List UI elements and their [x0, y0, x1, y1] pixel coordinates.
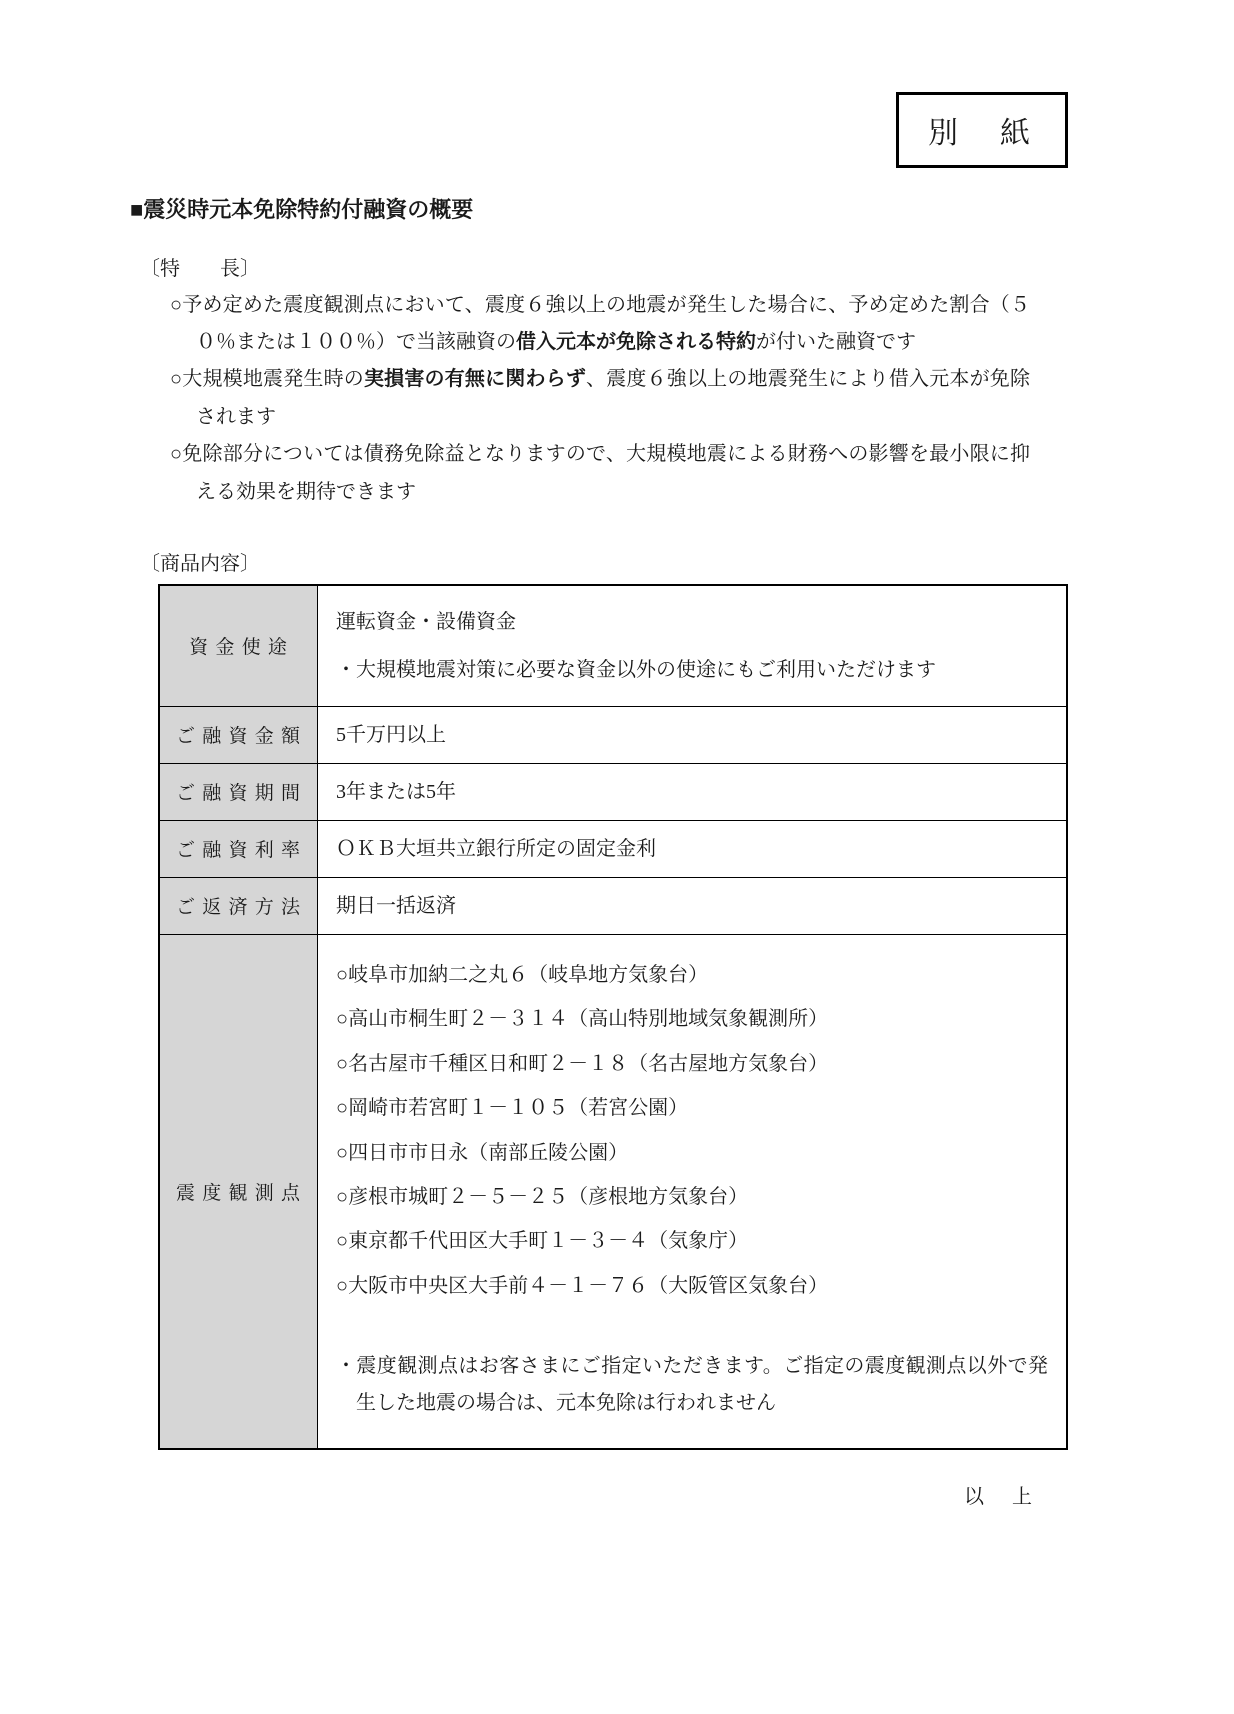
- row-value-fund-usage: 運転資金・設備資金 ・大規模地震対策に必要な資金以外の使途にもご利用いただけます: [318, 586, 1066, 706]
- closing-text: 以 上: [130, 1480, 1068, 1509]
- row-label-loan-term: ご 融 資 期 間: [160, 764, 318, 820]
- observation-point-4: ○岡崎市若宮町１－１０５（若宮公園）: [336, 1086, 1048, 1130]
- observation-point-3: ○名古屋市千種区日和町２－１８（名古屋地方気象台）: [336, 1042, 1048, 1086]
- table-row-observation-points: 震 度 観 測 点 ○岐阜市加納二之丸６（岐阜地方気象台） ○高山市桐生町２－３…: [160, 934, 1066, 1448]
- row-value-loan-amount: 5千万円以上: [318, 707, 1066, 763]
- table-row-fund-usage: 資 金 使 途 運転資金・設備資金 ・大規模地震対策に必要な資金以外の使途にもご…: [160, 586, 1066, 706]
- row-label-observation-points: 震 度 観 測 点: [160, 935, 318, 1448]
- feature-item-3: ○免除部分については債務免除益となりますので、大規模地震による財務への影響を最小…: [170, 436, 1030, 511]
- observation-point-6: ○彦根市城町２－５－２５（彦根地方気象台）: [336, 1175, 1048, 1219]
- row-label-fund-usage: 資 金 使 途: [160, 586, 318, 706]
- observation-point-1: ○岐阜市加納二之丸６（岐阜地方気象台）: [336, 953, 1048, 997]
- feature-3-text: ○免除部分については債務免除益となりますので、大規模地震による財務への影響を最小…: [170, 443, 1030, 502]
- table-row-interest-rate: ご 融 資 利 率 ＯＫＢ大垣共立銀行所定の固定金利: [160, 820, 1066, 877]
- document-page: 別 紙 ■震災時元本免除特約付融資の概要 〔特 長〕 ○予め定めた震度観測点にお…: [0, 0, 1234, 1714]
- loan-amount-value: 5千万円以上: [336, 720, 1048, 750]
- observation-points-note: ・震度観測点はお客さまにご指定いただきます。ご指定の震度観測点以外で発生した地震…: [336, 1348, 1048, 1422]
- observation-point-2: ○高山市桐生町２－３１４（高山特別地域気象観測所）: [336, 997, 1048, 1041]
- features-section: 〔特 長〕 ○予め定めた震度観測点において、震度６強以上の地震が発生した場合に、…: [130, 252, 1068, 511]
- table-row-loan-term: ご 融 資 期 間 3年または5年: [160, 763, 1066, 820]
- feature-item-1: ○予め定めた震度観測点において、震度６強以上の地震が発生した場合に、予め定めた割…: [170, 287, 1030, 362]
- observation-point-7: ○東京都千代田区大手町１－３－４（気象庁）: [336, 1219, 1048, 1263]
- interest-rate-value: ＯＫＢ大垣共立銀行所定の固定金利: [336, 834, 1048, 864]
- row-value-interest-rate: ＯＫＢ大垣共立銀行所定の固定金利: [318, 821, 1066, 877]
- loan-term-value: 3年または5年: [336, 777, 1048, 807]
- repayment-method-value: 期日一括返済: [336, 891, 1048, 921]
- row-value-repayment-method: 期日一括返済: [318, 878, 1066, 934]
- product-section: 〔商品内容〕 資 金 使 途 運転資金・設備資金 ・大規模地震対策に必要な資金以…: [130, 547, 1068, 1450]
- feature-2-bold-text: 実損害の有無に関わらず: [364, 368, 586, 390]
- feature-1-text-tail: が付いた融資です: [756, 331, 916, 353]
- attachment-row: 別 紙: [130, 92, 1068, 168]
- observation-point-8: ○大阪市中央区大手前４－１－７６（大阪管区気象台）: [336, 1264, 1048, 1308]
- feature-2-text: ○大規模地震発生時の: [170, 368, 364, 390]
- attachment-label-box: 別 紙: [896, 92, 1068, 168]
- row-label-loan-amount: ご 融 資 金 額: [160, 707, 318, 763]
- row-value-loan-term: 3年または5年: [318, 764, 1066, 820]
- feature-1-bold-text: 借入元本が免除される特約: [516, 331, 756, 353]
- feature-item-2: ○大規模地震発生時の実損害の有無に関わらず、震度６強以上の地震発生により借入元本…: [170, 361, 1030, 436]
- fund-usage-line-1: 運転資金・設備資金: [336, 598, 1048, 646]
- table-row-loan-amount: ご 融 資 金 額 5千万円以上: [160, 706, 1066, 763]
- row-label-repayment-method: ご 返 済 方 法: [160, 878, 318, 934]
- document-title: ■震災時元本免除特約付融資の概要: [130, 196, 1068, 225]
- product-table: 資 金 使 途 運転資金・設備資金 ・大規模地震対策に必要な資金以外の使途にもご…: [158, 584, 1068, 1450]
- observation-points-list: ○岐阜市加納二之丸６（岐阜地方気象台） ○高山市桐生町２－３１４（高山特別地域気…: [336, 947, 1048, 1308]
- row-value-observation-points: ○岐阜市加納二之丸６（岐阜地方気象台） ○高山市桐生町２－３１４（高山特別地域気…: [318, 935, 1066, 1448]
- product-heading: 〔商品内容〕: [140, 547, 1068, 576]
- attachment-label: 別 紙: [928, 108, 1036, 152]
- observation-point-5: ○四日市市日永（南部丘陵公園）: [336, 1131, 1048, 1175]
- fund-usage-line-2: ・大規模地震対策に必要な資金以外の使途にもご利用いただけます: [336, 646, 1048, 694]
- features-list: ○予め定めた震度観測点において、震度６強以上の地震が発生した場合に、予め定めた割…: [170, 287, 1030, 511]
- row-label-interest-rate: ご 融 資 利 率: [160, 821, 318, 877]
- features-heading: 〔特 長〕: [140, 252, 1068, 281]
- table-row-repayment-method: ご 返 済 方 法 期日一括返済: [160, 877, 1066, 934]
